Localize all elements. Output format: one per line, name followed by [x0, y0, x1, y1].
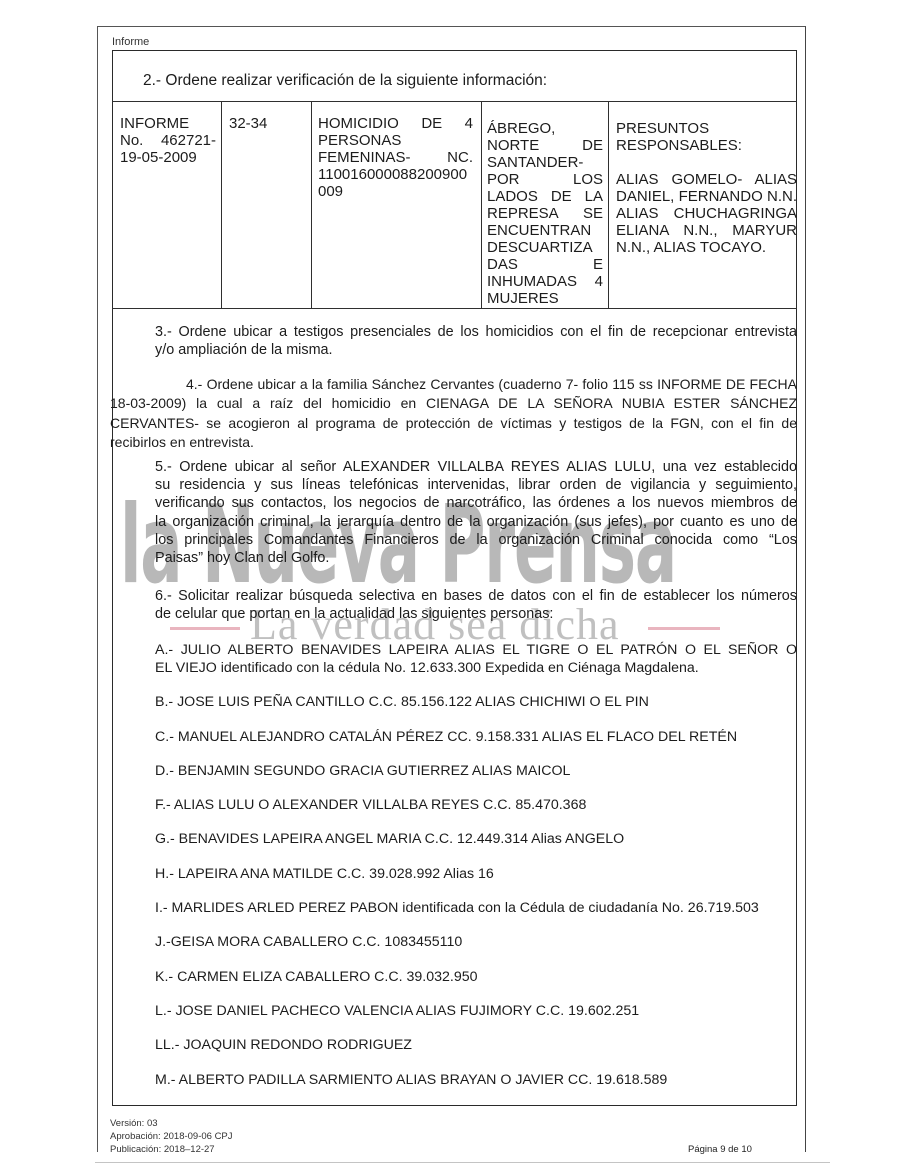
text-line: 110016000088200900: [318, 166, 473, 183]
page-number: Página 9 de 10: [688, 1143, 752, 1156]
text-line: 4.- Ordene ubicar a la familia Sánchez C…: [110, 375, 797, 394]
person-list-item: C.- MANUEL ALEJANDRO CATALÁN PÉREZ CC. 9…: [155, 728, 797, 746]
text-line: C.- MANUEL ALEJANDRO CATALÁN PÉREZ CC. 9…: [155, 728, 797, 746]
text-line: INHUMADAS 4: [487, 273, 603, 290]
text-line: B.- JOSE LUIS PEÑA CANTILLO C.C. 85.156.…: [155, 693, 797, 711]
text-line: J.-GEISA MORA CABALLERO C.C. 1083455110: [155, 933, 797, 951]
text-line: EL VIEJO identificado con la cédula No. …: [155, 659, 797, 677]
text-line: PERSONAS: [318, 132, 473, 149]
text-line: D.- BENJAMIN SEGUNDO GRACIA GUTIERREZ AL…: [155, 762, 797, 780]
text-line: ALIAS CHUCHAGRINGA: [616, 205, 797, 222]
footer-version: Versión: 03: [110, 1117, 233, 1130]
text-line: [616, 154, 797, 171]
text-line: No. 462721-: [120, 132, 216, 149]
text-line: N.N., ALIAS TOCAYO.: [616, 239, 797, 256]
text-line: 3.- Ordene ubicar a testigos presenciale…: [155, 323, 797, 341]
text-line: ELIANA N.N., MARYUR: [616, 222, 797, 239]
text-line: 18-03-2009) la cual a raíz del homicidio…: [110, 394, 797, 413]
table-bottom-border: [112, 308, 797, 309]
text-line: ENCUENTRAN: [487, 222, 603, 239]
text-line: H.- LAPEIRA ANA MATILDE C.C. 39.028.992 …: [155, 865, 797, 883]
text-line: 009: [318, 183, 473, 200]
text-line: POR LOS: [487, 171, 603, 188]
text-line: A.- JULIO ALBERTO BENAVIDES LAPEIRA ALIA…: [155, 641, 797, 659]
person-list-item: D.- BENJAMIN SEGUNDO GRACIA GUTIERREZ AL…: [155, 762, 797, 780]
text-line: L.- JOSE DANIEL PACHECO VALENCIA ALIAS F…: [155, 1002, 797, 1020]
table-top-border: [112, 101, 797, 102]
table-column-divider: [221, 101, 222, 308]
text-line: 19-05-2009: [120, 149, 216, 166]
text-line: ÁBREGO,: [487, 120, 603, 137]
text-line: recibirlos en entrevista.: [110, 433, 797, 452]
text-line: M.- ALBERTO PADILLA SARMIENTO ALIAS BRAY…: [155, 1071, 797, 1089]
text-line: SANTANDER-: [487, 154, 603, 171]
watermark-rule-left: [170, 627, 240, 630]
footer-metadata: Versión: 03 Aprobación: 2018-09-06 CPJ P…: [110, 1117, 233, 1156]
person-list-item: B.- JOSE LUIS PEÑA CANTILLO C.C. 85.156.…: [155, 693, 797, 711]
person-list-item: K.- CARMEN ELIZA CABALLERO C.C. 39.032.9…: [155, 968, 797, 986]
text-line: HOMICIDIO DE 4: [318, 115, 473, 132]
table-cell-hecho: HOMICIDIO DE 4PERSONASFEMENINAS- NC.1100…: [318, 115, 473, 200]
text-line: CERVANTES- se acogieron al programa de p…: [110, 414, 797, 433]
person-list-item: LL.- JOAQUIN REDONDO RODRIGUEZ: [155, 1036, 797, 1054]
paragraph-6: 6.- Solicitar realizar búsqueda selectiv…: [155, 587, 797, 623]
person-list-item: I.- MARLIDES ARLED PEREZ PABON identific…: [155, 899, 797, 917]
text-line: K.- CARMEN ELIZA CABALLERO C.C. 39.032.9…: [155, 968, 797, 986]
text-line: DESCUARTIZA: [487, 239, 603, 256]
person-list-item: J.-GEISA MORA CABALLERO C.C. 1083455110: [155, 933, 797, 951]
footer-publication: Publicación: 2018–12-27: [110, 1143, 233, 1156]
text-line: Paisas” hoy Clan del Golfo.: [155, 549, 797, 567]
person-list-item: M.- ALBERTO PADILLA SARMIENTO ALIAS BRAY…: [155, 1071, 797, 1089]
text-line: I.- MARLIDES ARLED PEREZ PABON identific…: [155, 899, 797, 917]
text-line: FEMENINAS- NC.: [318, 149, 473, 166]
text-line: DAS E: [487, 256, 603, 273]
text-line: 5.- Ordene ubicar al señor ALEXANDER VIL…: [155, 458, 797, 476]
text-line: MUJERES: [487, 290, 603, 307]
section-2-title: 2.- Ordene realizar verificación de la s…: [143, 72, 547, 90]
text-line: NORTE DE: [487, 137, 603, 154]
person-list-item: G.- BENAVIDES LAPEIRA ANGEL MARIA C.C. 1…: [155, 830, 797, 848]
paragraph-3: 3.- Ordene ubicar a testigos presenciale…: [155, 323, 797, 359]
text-line: LL.- JOAQUIN REDONDO RODRIGUEZ: [155, 1036, 797, 1054]
table-cell-responsables: PRESUNTOSRESPONSABLES:ALIAS GOMELO- ALIA…: [616, 120, 797, 256]
footer-rule: [95, 1162, 830, 1163]
watermark-rule-right: [648, 627, 720, 630]
text-line: y/o ampliación de la misma.: [155, 341, 797, 359]
document-type-label: Informe: [112, 36, 149, 48]
table-cell-folios: 32-34: [229, 115, 307, 132]
person-list-item: H.- LAPEIRA ANA MATILDE C.C. 39.028.992 …: [155, 865, 797, 883]
table-column-divider: [311, 101, 312, 308]
text-line: 32-34: [229, 115, 307, 132]
person-list-item: L.- JOSE DANIEL PACHECO VALENCIA ALIAS F…: [155, 1002, 797, 1020]
persons-list: A.- JULIO ALBERTO BENAVIDES LAPEIRA ALIA…: [155, 641, 797, 1105]
text-line: LADOS DE LA: [487, 188, 603, 205]
text-line: verificando sus contactos, los negocios …: [155, 494, 797, 512]
text-line: REPRESA SE: [487, 205, 603, 222]
table-cell-informe: INFORMENo. 462721-19-05-2009: [120, 115, 216, 166]
table-column-divider: [481, 101, 482, 308]
text-line: los principales Comandantes Financieros …: [155, 531, 797, 549]
person-list-item: A.- JULIO ALBERTO BENAVIDES LAPEIRA ALIA…: [155, 641, 797, 677]
paragraph-4: 4.- Ordene ubicar a la familia Sánchez C…: [110, 375, 797, 452]
text-line: G.- BENAVIDES LAPEIRA ANGEL MARIA C.C. 1…: [155, 830, 797, 848]
person-list-item: F.- ALIAS LULU O ALEXANDER VILLALBA REYE…: [155, 796, 797, 814]
text-line: F.- ALIAS LULU O ALEXANDER VILLALBA REYE…: [155, 796, 797, 814]
text-line: de celular que portan en la actualidad l…: [155, 605, 797, 623]
table-column-divider: [608, 101, 609, 308]
text-line: ALIAS GOMELO- ALIAS: [616, 171, 797, 188]
table-cell-lugar: ÁBREGO,NORTE DESANTANDER-POR LOSLADOS DE…: [487, 120, 603, 307]
text-line: la organización criminal, la jerarquía d…: [155, 513, 797, 531]
text-line: su residencia y sus líneas telefónicas i…: [155, 476, 797, 494]
text-line: 6.- Solicitar realizar búsqueda selectiv…: [155, 587, 797, 605]
text-line: RESPONSABLES:: [616, 137, 797, 154]
paragraph-5: 5.- Ordene ubicar al señor ALEXANDER VIL…: [155, 458, 797, 567]
footer-approval: Aprobación: 2018-09-06 CPJ: [110, 1130, 233, 1143]
text-line: PRESUNTOS: [616, 120, 797, 137]
text-line: DANIEL, FERNANDO N.N.: [616, 188, 797, 205]
text-line: INFORME: [120, 115, 216, 132]
